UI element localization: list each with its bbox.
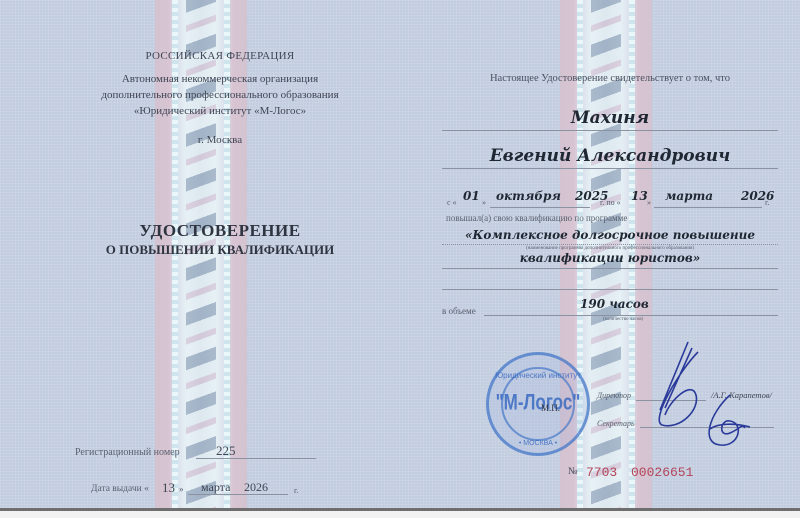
secretary-label: Секретарь	[597, 419, 635, 428]
period-from-prefix: с «	[447, 198, 457, 207]
period-from-quote-close: »	[482, 198, 486, 207]
serial-prefix: №	[568, 466, 578, 477]
document-title: УДОСТОВЕРЕНИЕ	[60, 221, 380, 241]
issue-quote-close: »	[179, 484, 184, 494]
certificate-intro: Настоящее Удостоверение свидетельствует …	[440, 73, 780, 84]
issue-date-label: Дата выдачи «	[91, 484, 149, 494]
period-from-day: 01	[463, 189, 480, 203]
registration-number: 225	[216, 443, 236, 459]
stamp-center: "М-Логос"	[489, 390, 587, 416]
program-name-line-2: квалификации юристов»	[440, 251, 780, 265]
stamp-ring-bottom: • МОСКВА •	[489, 440, 587, 447]
period-to-quote-close: »	[647, 198, 651, 207]
scan-bottom-edge	[0, 508, 800, 518]
city: г. Москва	[60, 134, 380, 146]
issue-year-suffix: г.	[294, 486, 298, 495]
institute-stamp: Юридический институт "М-Логос" • МОСКВА …	[486, 352, 590, 456]
issue-month: марта	[201, 480, 230, 495]
secretary-signature	[700, 393, 760, 453]
document-subtitle: О ПОВЫШЕНИИ КВАЛИФИКАЦИИ	[60, 242, 380, 258]
org-line-2: дополнительного профессионального образо…	[60, 89, 380, 101]
issue-year: 2026	[244, 480, 268, 495]
program-name-line-1: «Комплексное долгосрочное повышение	[440, 228, 780, 242]
volume-caption: (количество часов)	[603, 317, 643, 322]
qualification-text: повышал(а) свою квалификацию по программ…	[446, 213, 627, 223]
seal-place-label: М.П.	[541, 403, 560, 413]
serial-number: 00026651	[631, 465, 693, 480]
issue-day: 13	[162, 480, 175, 496]
period-to-prefix: г. по «	[600, 198, 621, 207]
country-heading: РОССИЙСКАЯ ФЕДЕРАЦИЯ	[100, 50, 340, 62]
registration-label: Регистрационный номер	[75, 447, 180, 458]
org-line-3: «Юридический институт «М-Логос»	[60, 105, 380, 117]
volume-label: в объеме	[442, 306, 476, 316]
stamp-ring-top: Юридический институт	[489, 371, 587, 380]
period-year-suffix: г.	[765, 198, 769, 207]
holder-given-names: Евгений Александрович	[440, 146, 780, 166]
period-to-year: 2026	[741, 189, 774, 203]
certificate-sheet: РОССИЙСКАЯ ФЕДЕРАЦИЯ Автономная некоммер…	[0, 0, 800, 508]
period-to-month: марта	[665, 189, 713, 203]
director-label: Директор	[597, 391, 631, 400]
volume-value: 190 часов	[580, 297, 649, 311]
period-from-month: октября	[496, 189, 561, 203]
period-to-day: 13	[631, 189, 648, 203]
org-line-1: Автономная некоммерческая организация	[60, 73, 380, 85]
serial-series: 7703	[586, 465, 617, 480]
holder-surname: Махиня	[440, 108, 780, 128]
